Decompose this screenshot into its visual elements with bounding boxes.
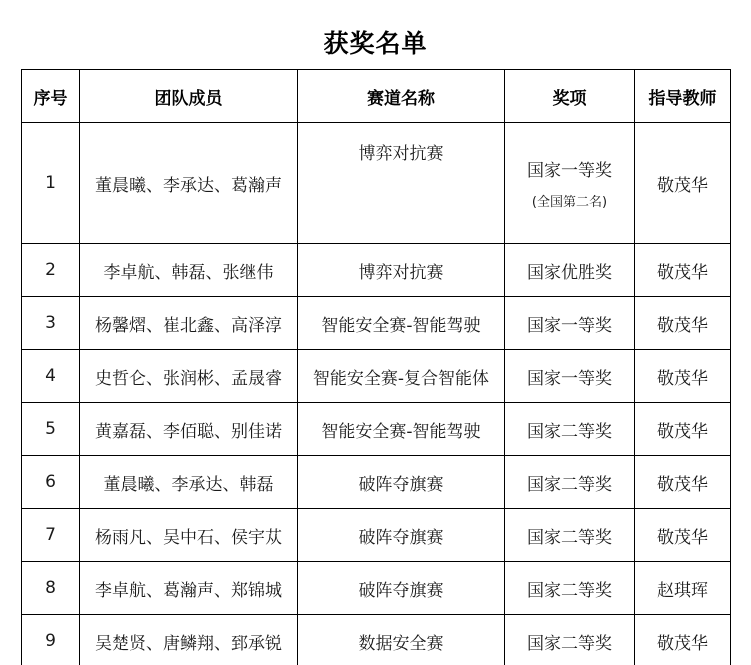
cell-award: 国家二等奖 [505, 403, 635, 456]
header-no: 序号 [22, 70, 80, 123]
cell-members: 杨雨凡、吴中石、侯宇苁 [80, 509, 298, 562]
cell-advisor: 敬茂华 [635, 509, 731, 562]
cell-award: 国家二等奖 [505, 615, 635, 665]
table-row: 5 黄嘉磊、李佰聪、别佳诺 智能安全赛-智能驾驶 国家二等奖 敬茂华 [22, 403, 731, 456]
cell-no: 4 [22, 350, 80, 403]
cell-members: 杨馨熠、崔北鑫、高泽淳 [80, 297, 298, 350]
table-row: 6 董晨曦、李承达、韩磊 破阵夺旗赛 国家二等奖 敬茂华 [22, 456, 731, 509]
cell-members: 史哲仑、张润彬、孟晟睿 [80, 350, 298, 403]
cell-award: 国家优胜奖 [505, 244, 635, 297]
cell-track: 博弈对抗赛 [298, 123, 505, 244]
table-row: 4 史哲仑、张润彬、孟晟睿 智能安全赛-复合智能体 国家一等奖 敬茂华 [22, 350, 731, 403]
table-row: 9 吴楚贤、唐鳞翔、郅承锐 数据安全赛 国家二等奖 敬茂华 [22, 615, 731, 665]
cell-members: 黄嘉磊、李佰聪、别佳诺 [80, 403, 298, 456]
cell-award: 国家一等奖 [505, 297, 635, 350]
cell-advisor: 敬茂华 [635, 297, 731, 350]
cell-members: 董晨曦、李承达、葛瀚声 [80, 123, 298, 244]
cell-advisor: 敬茂华 [635, 350, 731, 403]
cell-track: 破阵夺旗赛 [298, 509, 505, 562]
header-members: 团队成员 [80, 70, 298, 123]
table-row: 8 李卓航、葛瀚声、郑锦城 破阵夺旗赛 国家二等奖 赵琪珲 [22, 562, 731, 615]
cell-advisor: 敬茂华 [635, 615, 731, 665]
header-award: 奖项 [505, 70, 635, 123]
cell-advisor: 敬茂华 [635, 123, 731, 244]
cell-advisor: 赵琪珲 [635, 562, 731, 615]
cell-award: 国家一等奖 [505, 350, 635, 403]
cell-track: 博弈对抗赛 [298, 244, 505, 297]
cell-track: 智能安全赛-复合智能体 [298, 350, 505, 403]
cell-no: 7 [22, 509, 80, 562]
cell-track: 智能安全赛-智能驾驶 [298, 297, 505, 350]
table-row: 1 董晨曦、李承达、葛瀚声 博弈对抗赛 国家一等奖 (全国第二名) 敬茂华 [22, 123, 731, 244]
cell-members: 董晨曦、李承达、韩磊 [80, 456, 298, 509]
cell-advisor: 敬茂华 [635, 244, 731, 297]
table-row: 7 杨雨凡、吴中石、侯宇苁 破阵夺旗赛 国家二等奖 敬茂华 [22, 509, 731, 562]
cell-award: 国家二等奖 [505, 509, 635, 562]
table-row: 3 杨馨熠、崔北鑫、高泽淳 智能安全赛-智能驾驶 国家一等奖 敬茂华 [22, 297, 731, 350]
cell-track: 破阵夺旗赛 [298, 456, 505, 509]
table-header-row: 序号 团队成员 赛道名称 奖项 指导教师 [22, 70, 731, 123]
cell-no: 1 [22, 123, 80, 244]
award-list-table: 序号 团队成员 赛道名称 奖项 指导教师 1 董晨曦、李承达、葛瀚声 博弈对抗赛… [21, 69, 731, 665]
header-track: 赛道名称 [298, 70, 505, 123]
page-title: 获奖名单 [0, 24, 751, 60]
cell-members: 吴楚贤、唐鳞翔、郅承锐 [80, 615, 298, 665]
cell-no: 2 [22, 244, 80, 297]
table-row: 2 李卓航、韩磊、张继伟 博弈对抗赛 国家优胜奖 敬茂华 [22, 244, 731, 297]
cell-no: 5 [22, 403, 80, 456]
cell-award: 国家二等奖 [505, 456, 635, 509]
cell-advisor: 敬茂华 [635, 403, 731, 456]
cell-members: 李卓航、葛瀚声、郑锦城 [80, 562, 298, 615]
cell-no: 8 [22, 562, 80, 615]
cell-advisor: 敬茂华 [635, 456, 731, 509]
award-label: 国家一等奖 [527, 161, 612, 181]
cell-no: 6 [22, 456, 80, 509]
cell-track: 破阵夺旗赛 [298, 562, 505, 615]
cell-track: 数据安全赛 [298, 615, 505, 665]
cell-no: 3 [22, 297, 80, 350]
header-advisor: 指导教师 [635, 70, 731, 123]
cell-members: 李卓航、韩磊、张继伟 [80, 244, 298, 297]
cell-track: 智能安全赛-智能驾驶 [298, 403, 505, 456]
cell-no: 9 [22, 615, 80, 665]
award-note: (全国第二名) [505, 191, 634, 210]
cell-award: 国家一等奖 (全国第二名) [505, 123, 635, 244]
cell-award: 国家二等奖 [505, 562, 635, 615]
